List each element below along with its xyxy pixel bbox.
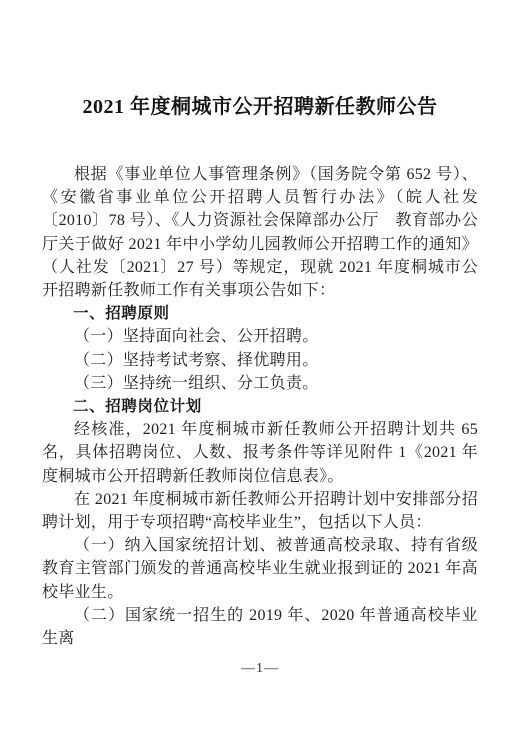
special-recruitment-paragraph: 在 2021 年度桐城市新任教师公开招聘计划中安排部分招聘计划，用于专项招聘“高… <box>42 488 478 534</box>
recruitment-plan-paragraph: 经核准，2021 年度桐城市新任教师公开招聘计划共 65 名，具体招聘岗位、人数… <box>42 418 478 488</box>
section-1-heading: 一、招聘原则 <box>42 302 478 325</box>
graduate-item-1: （一）纳入国家统招计划、被普通高校录取、持有省级教育主管部门颁发的普通高校毕业生… <box>42 534 478 604</box>
document-title: 2021 年度桐城市公开招聘新任教师公告 <box>0 95 520 119</box>
section-2-heading: 二、招聘岗位计划 <box>42 395 478 418</box>
document-page: 2021 年度桐城市公开招聘新任教师公告 根据《事业单位人事管理条例》（国务院令… <box>0 0 520 736</box>
page-number: —1— <box>0 661 520 677</box>
principle-item-2: （二）坚持考试考察、择优聘用。 <box>42 349 478 372</box>
document-body: 根据《事业单位人事管理条例》（国务院令第 652 号）、《安徽省事业单位公开招聘… <box>42 163 478 650</box>
intro-paragraph: 根据《事业单位人事管理条例》（国务院令第 652 号）、《安徽省事业单位公开招聘… <box>42 163 478 302</box>
graduate-item-2: （二）国家统一招生的 2019 年、2020 年普通高校毕业生离 <box>42 604 478 650</box>
principle-item-3: （三）坚持统一组织、分工负责。 <box>42 372 478 395</box>
principle-item-1: （一）坚持面向社会、公开招聘。 <box>42 325 478 348</box>
